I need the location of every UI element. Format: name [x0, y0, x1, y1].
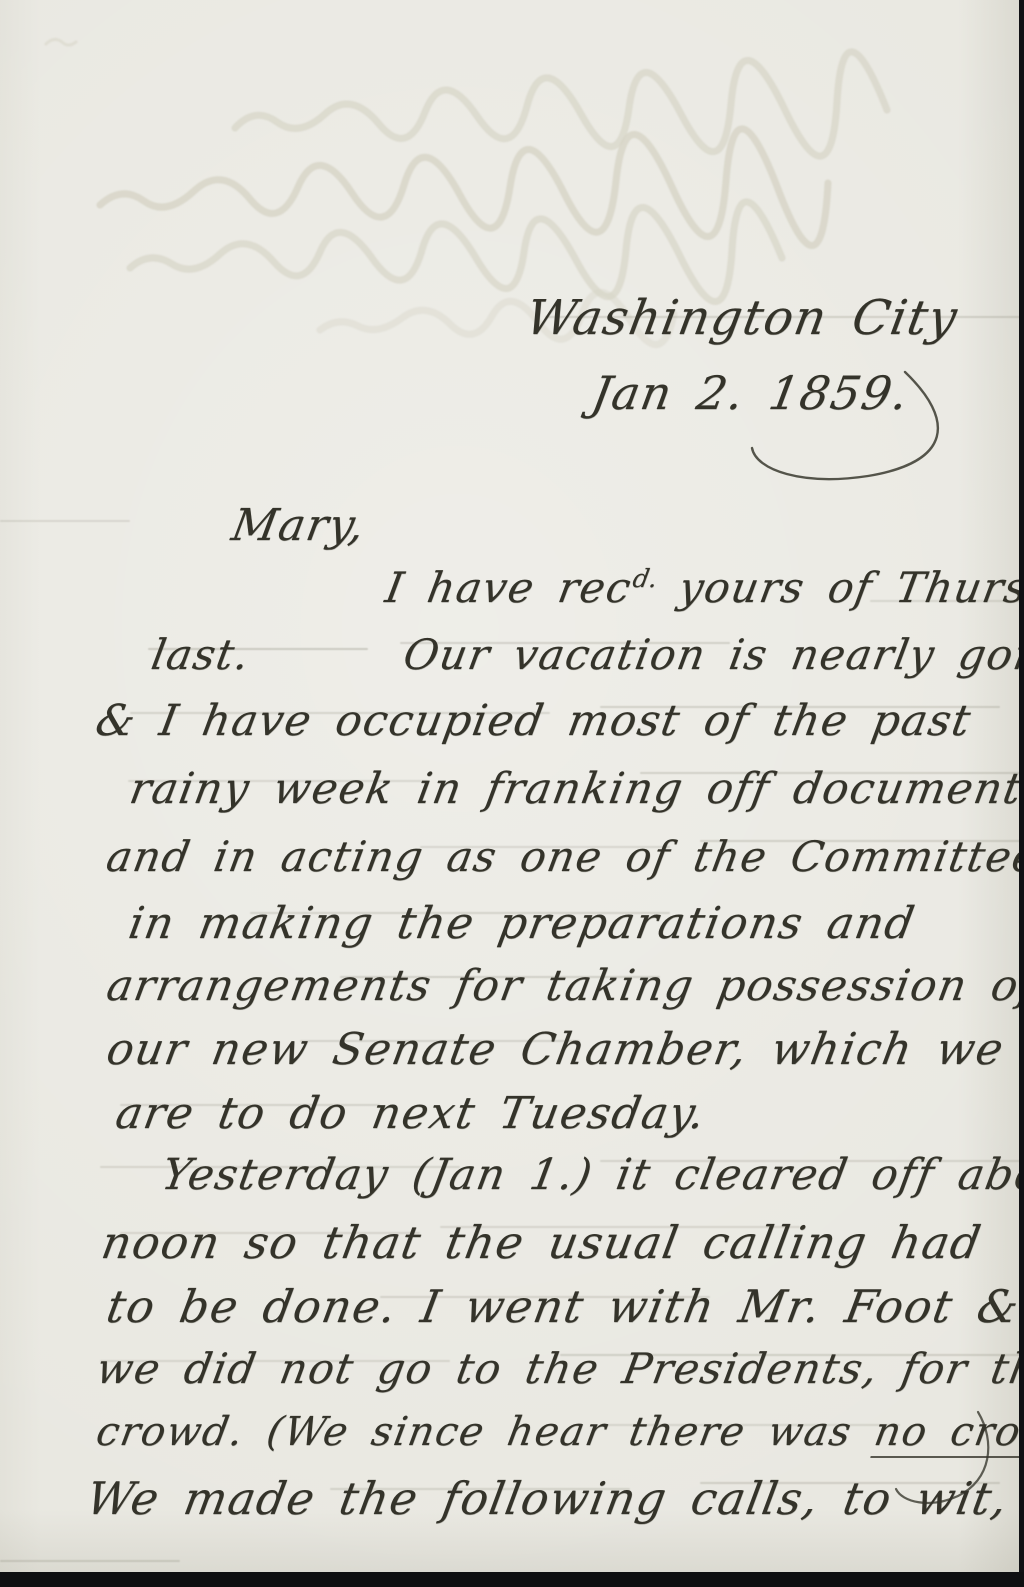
body-line: rainy week in franking off documents: [126, 766, 1024, 813]
body-line: arrangements for taking possession of: [103, 963, 1024, 1010]
body-line: Yesterday (Jan 1.) it cleared off about: [158, 1152, 1024, 1199]
body-line: to be done. I went with Mr. Foot &: [103, 1282, 1024, 1332]
body-line: & I have occupied most of the past: [92, 698, 975, 745]
salutation: Mary,: [228, 502, 369, 550]
body-line: Our vacation is nearly gone: [400, 632, 1024, 678]
body-line: are to do next Tuesday.: [112, 1090, 710, 1138]
body-line-text: I have rec: [382, 563, 636, 612]
underlined-phrase: no crowd: [870, 1409, 1024, 1458]
body-line: and in acting as one of the Committee: [103, 834, 1024, 880]
scan-edge-bottom: [0, 1572, 1024, 1587]
letter-scan: Washington City Jan 2. 1859. Mary, I hav…: [0, 0, 1024, 1587]
body-line: in making the preparations and: [125, 900, 919, 948]
body-line: noon so that the usual calling had: [98, 1218, 985, 1268]
body-line: crowd. (We since hear there was no crowd…: [93, 1410, 1024, 1454]
body-line: last.: [148, 632, 254, 678]
body-line: I have recd. yours of Thursday: [382, 565, 1024, 611]
body-line-text: yours of Thursday: [651, 563, 1024, 612]
body-line: we did not go to the Presidents, for the: [93, 1346, 1024, 1392]
body-line: our new Senate Chamber, which we: [103, 1026, 1008, 1074]
scan-edge-right: [1019, 0, 1024, 1587]
body-line: We made the following calls, to wit,: [83, 1474, 1012, 1524]
body-line-text: crowd. (We since hear there was: [93, 1409, 879, 1455]
